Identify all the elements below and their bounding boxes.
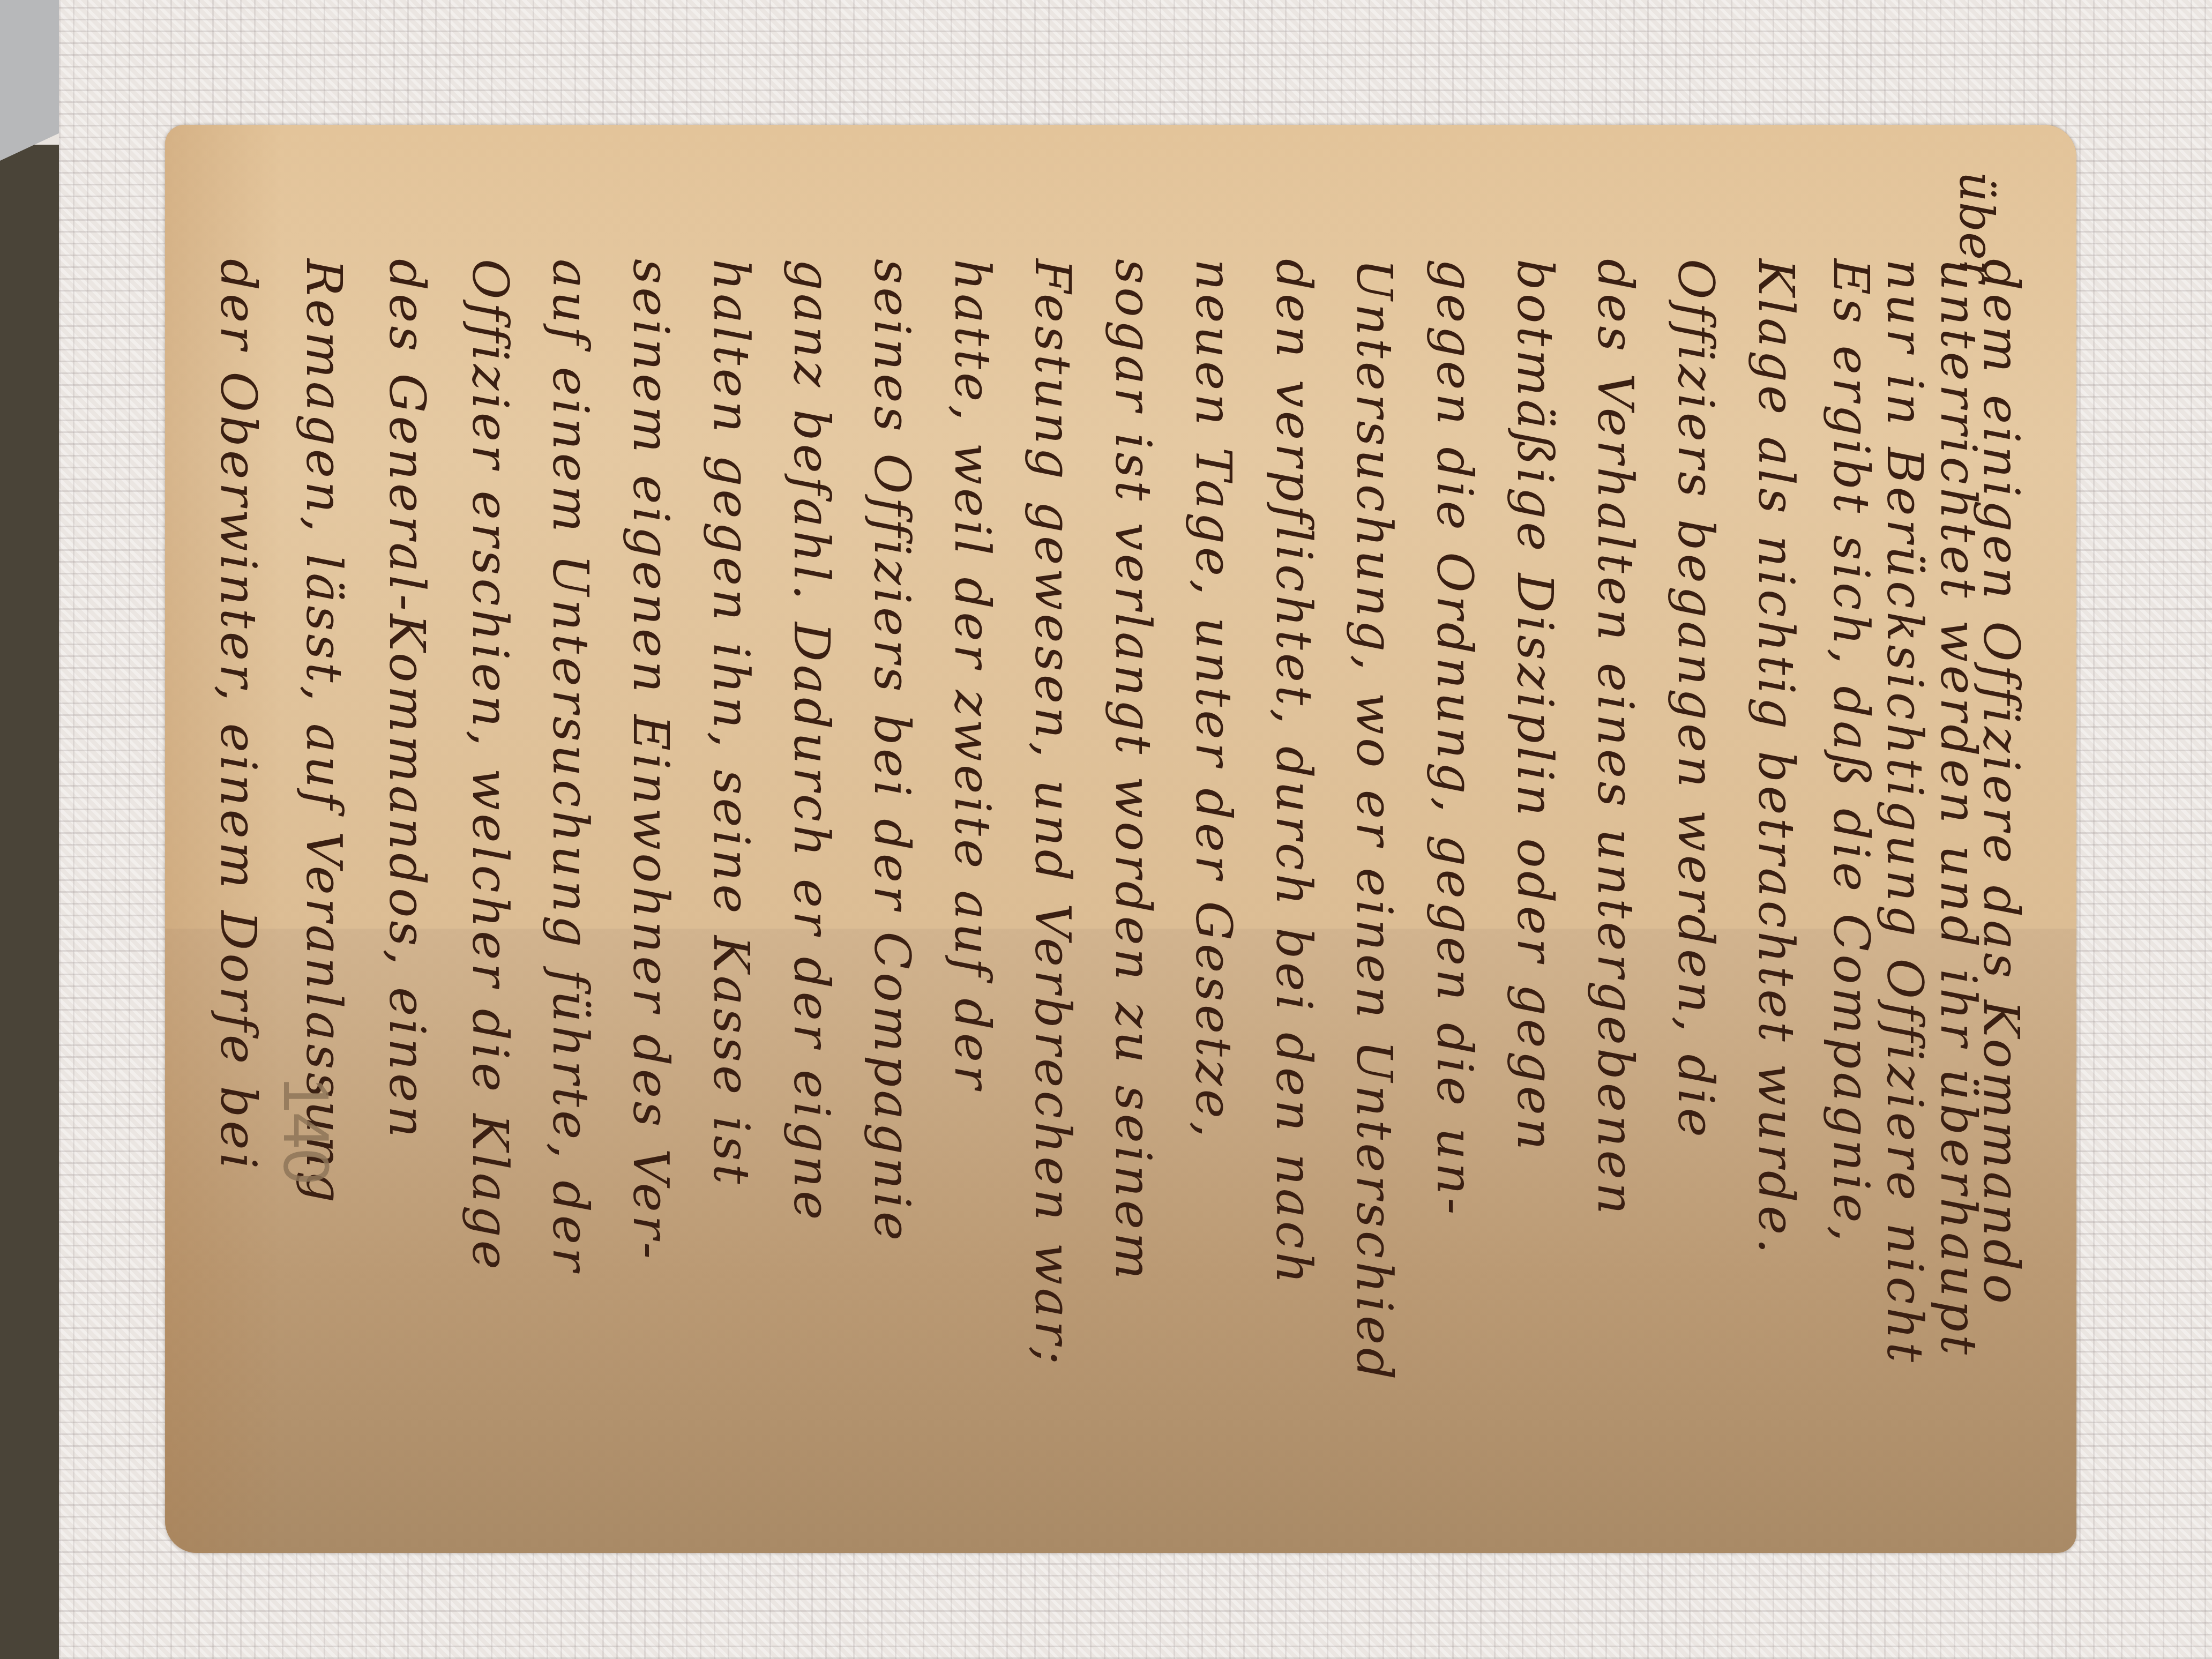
handwritten-line: Festung gewesen, und Verbrechen war;: [1024, 259, 1081, 1367]
handwritten-line: hatte, weil der zweite auf der: [944, 259, 1001, 1092]
manuscript-page: der Oberwinter, einem Dorfe bei Remagen,…: [165, 125, 2076, 1553]
handwritten-line: dem einigen Offiziere das Kommando: [1972, 259, 2030, 1307]
handwritten-line: Remagen, lässt, auf Veranlassung: [295, 259, 353, 1206]
handwritten-line: nur in Berücksichtigung Offiziere nicht: [1876, 259, 1933, 1365]
handwritten-line: den verpflichtet, durch bei den nach: [1265, 259, 1322, 1287]
handwritten-line: halten gegen ihn, seine Kasse ist: [703, 259, 760, 1187]
handwritten-line: botmäßige Disziplin oder gegen: [1506, 259, 1564, 1153]
handwritten-line: Es ergibt sich, daß die Compagnie,: [1822, 259, 1880, 1245]
handwritten-line: des Verhalten eines untergebenen: [1587, 259, 1644, 1217]
catchword: über: [1949, 171, 2004, 282]
pencil-folio-number: 140: [269, 1077, 343, 1184]
handwritten-line: Untersuchung, wo er einen Unterschied: [1346, 259, 1403, 1382]
handwritten-line: Offiziers begangen werden, die: [1667, 259, 1724, 1140]
handwritten-line: gegen die Ordnung, gegen die un-: [1426, 259, 1483, 1217]
handwritten-line: auf einem Untersuchung führte, der: [542, 259, 599, 1274]
handwritten-line: sogar ist verlangt worden zu seinem: [1104, 259, 1162, 1282]
paper-corner-top-left: [0, 0, 59, 161]
handwritten-line: Klage als nichtig betrachtet wurde.: [1747, 259, 1805, 1257]
handwritten-line: der Oberwinter, einem Dorfe bei: [210, 259, 267, 1172]
handwritten-line: ganz befahl. Dadurch er der eigne: [783, 259, 840, 1223]
handwritten-line: des General-Kommandos, einen: [378, 259, 436, 1141]
handwritten-line: Offizier erschien, welcher die Klage: [461, 259, 519, 1273]
handwritten-line: neuen Tage, unter der Gesetze,: [1185, 259, 1242, 1140]
handwritten-line: seines Offiziers bei der Compagnie: [863, 259, 921, 1244]
handwritten-line: seinem eigenen Einwohner des Ver-: [622, 259, 679, 1262]
